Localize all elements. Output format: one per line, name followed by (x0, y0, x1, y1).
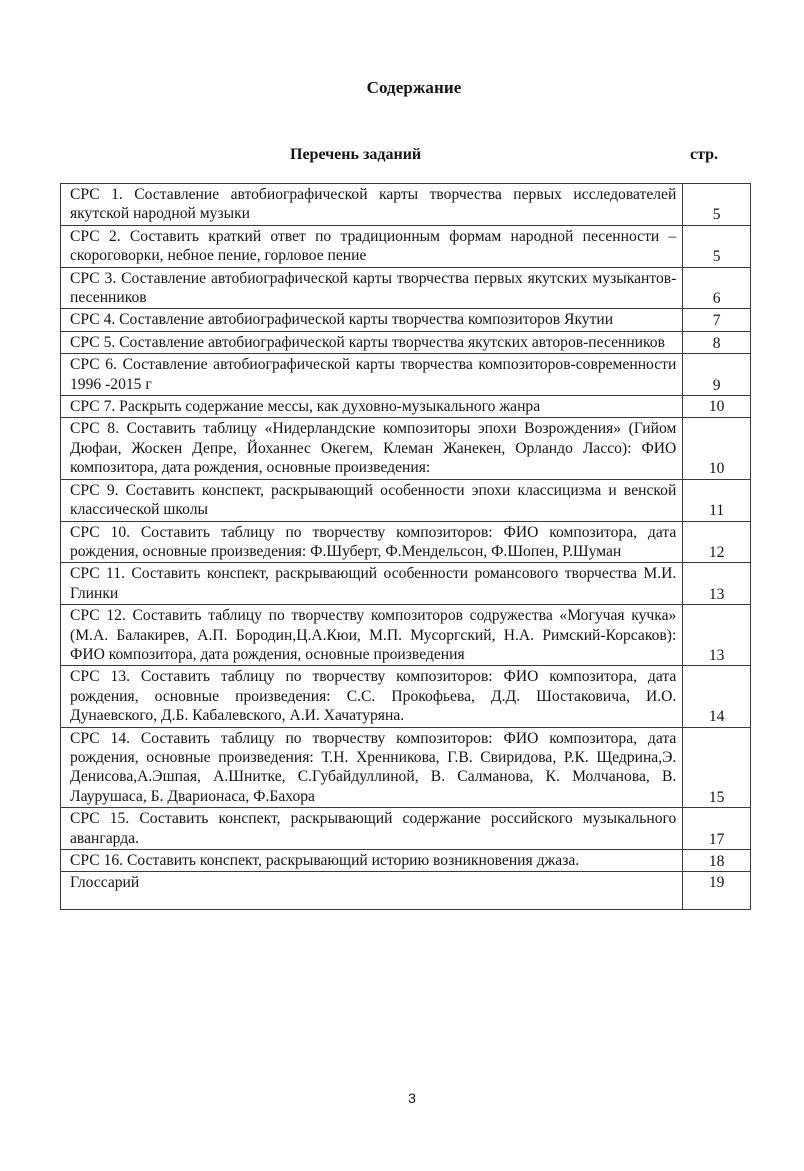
toc-row: СРС 10. Составить таблицу по творчеству … (61, 521, 751, 563)
toc-entry-text: СРС 16. Составить конспект, раскрывающий… (61, 850, 683, 872)
page-title: Содержание (0, 78, 804, 98)
toc-entry-text: Глоссарий (61, 872, 683, 910)
toc-row: СРС 4. Составление автобиографической ка… (61, 309, 751, 331)
toc-row: СРС 8. Составить таблицу «Нидерландские … (61, 418, 751, 479)
toc-entry-page: 17 (683, 808, 751, 850)
toc-entry-page: 8 (683, 331, 751, 353)
page-column-heading: стр. (690, 146, 718, 164)
toc-entry-text: СРС 1. Составление автобиографической ка… (61, 184, 683, 226)
toc-entry-text: СРС 6. Составление автобиографической ка… (61, 354, 683, 396)
toc-entry-page: 19 (683, 872, 751, 910)
toc-row: СРС 1. Составление автобиографической ка… (61, 184, 751, 226)
toc-row: СРС 13. Составить таблицу по творчеству … (61, 666, 751, 727)
toc-entry-text: СРС 7. Раскрыть содержание мессы, как ду… (61, 396, 683, 418)
toc-row: СРС 9. Составить конспект, раскрывающий … (61, 479, 751, 521)
toc-entry-page: 7 (683, 309, 751, 331)
toc-entry-page: 18 (683, 850, 751, 872)
toc-entry-text: СРС 13. Составить таблицу по творчеству … (61, 666, 683, 727)
toc-entry-text: СРС 2. Составить краткий ответ по традиц… (61, 225, 683, 267)
toc-entry-text: СРС 3. Составление автобиографической ка… (61, 267, 683, 309)
toc-entry-page: 6 (683, 267, 751, 309)
toc-entry-page: 9 (683, 354, 751, 396)
toc-row: СРС 2. Составить краткий ответ по традиц… (61, 225, 751, 267)
toc-entry-text: СРС 8. Составить таблицу «Нидерландские … (61, 418, 683, 479)
toc-row: СРС 6. Составление автобиографической ка… (61, 354, 751, 396)
toc-entry-text: СРС 10. Составить таблицу по творчеству … (61, 521, 683, 563)
toc-entry-page: 13 (683, 605, 751, 666)
toc-row: СРС 3. Составление автобиографической ка… (61, 267, 751, 309)
toc-entry-page: 5 (683, 184, 751, 226)
toc-entry-text: СРС 12. Составить таблицу по творчеству … (61, 605, 683, 666)
toc-entry-text: СРС 14. Составить таблицу по творчеству … (61, 727, 683, 808)
toc-entry-text: СРС 11. Составить конспект, раскрывающий… (61, 563, 683, 605)
toc-entry-page: 12 (683, 521, 751, 563)
toc-entry-page: 11 (683, 479, 751, 521)
toc-entry-page: 14 (683, 666, 751, 727)
toc-entry-page: 10 (683, 418, 751, 479)
toc-entry-page: 15 (683, 727, 751, 808)
toc-entry-page: 5 (683, 225, 751, 267)
toc-entry-page: 10 (683, 396, 751, 418)
page-number: 3 (0, 1090, 804, 1106)
toc-row: СРС 14. Составить таблицу по творчеству … (61, 727, 751, 808)
toc-entry-text: СРС 4. Составление автобиографической ка… (61, 309, 683, 331)
toc-entry-text: СРС 9. Составить конспект, раскрывающий … (61, 479, 683, 521)
task-list-heading: Перечень заданий (290, 146, 421, 164)
toc-entry-text: СРС 5. Составление автобиографической ка… (61, 331, 683, 353)
toc-row: СРС 7. Раскрыть содержание мессы, как ду… (61, 396, 751, 418)
toc-entry-text: СРС 15. Составить конспект, раскрывающий… (61, 808, 683, 850)
toc-row: СРС 12. Составить таблицу по творчеству … (61, 605, 751, 666)
toc-row: СРС 16. Составить конспект, раскрывающий… (61, 850, 751, 872)
toc-row: СРС 15. Составить конспект, раскрывающий… (61, 808, 751, 850)
toc-row-glossary: Глоссарий 19 (61, 872, 751, 910)
toc-row: СРС 5. Составление автобиографической ка… (61, 331, 751, 353)
toc-row: СРС 11. Составить конспект, раскрывающий… (61, 563, 751, 605)
toc-entry-page: 13 (683, 563, 751, 605)
table-of-contents: СРС 1. Составление автобиографической ка… (60, 183, 751, 910)
